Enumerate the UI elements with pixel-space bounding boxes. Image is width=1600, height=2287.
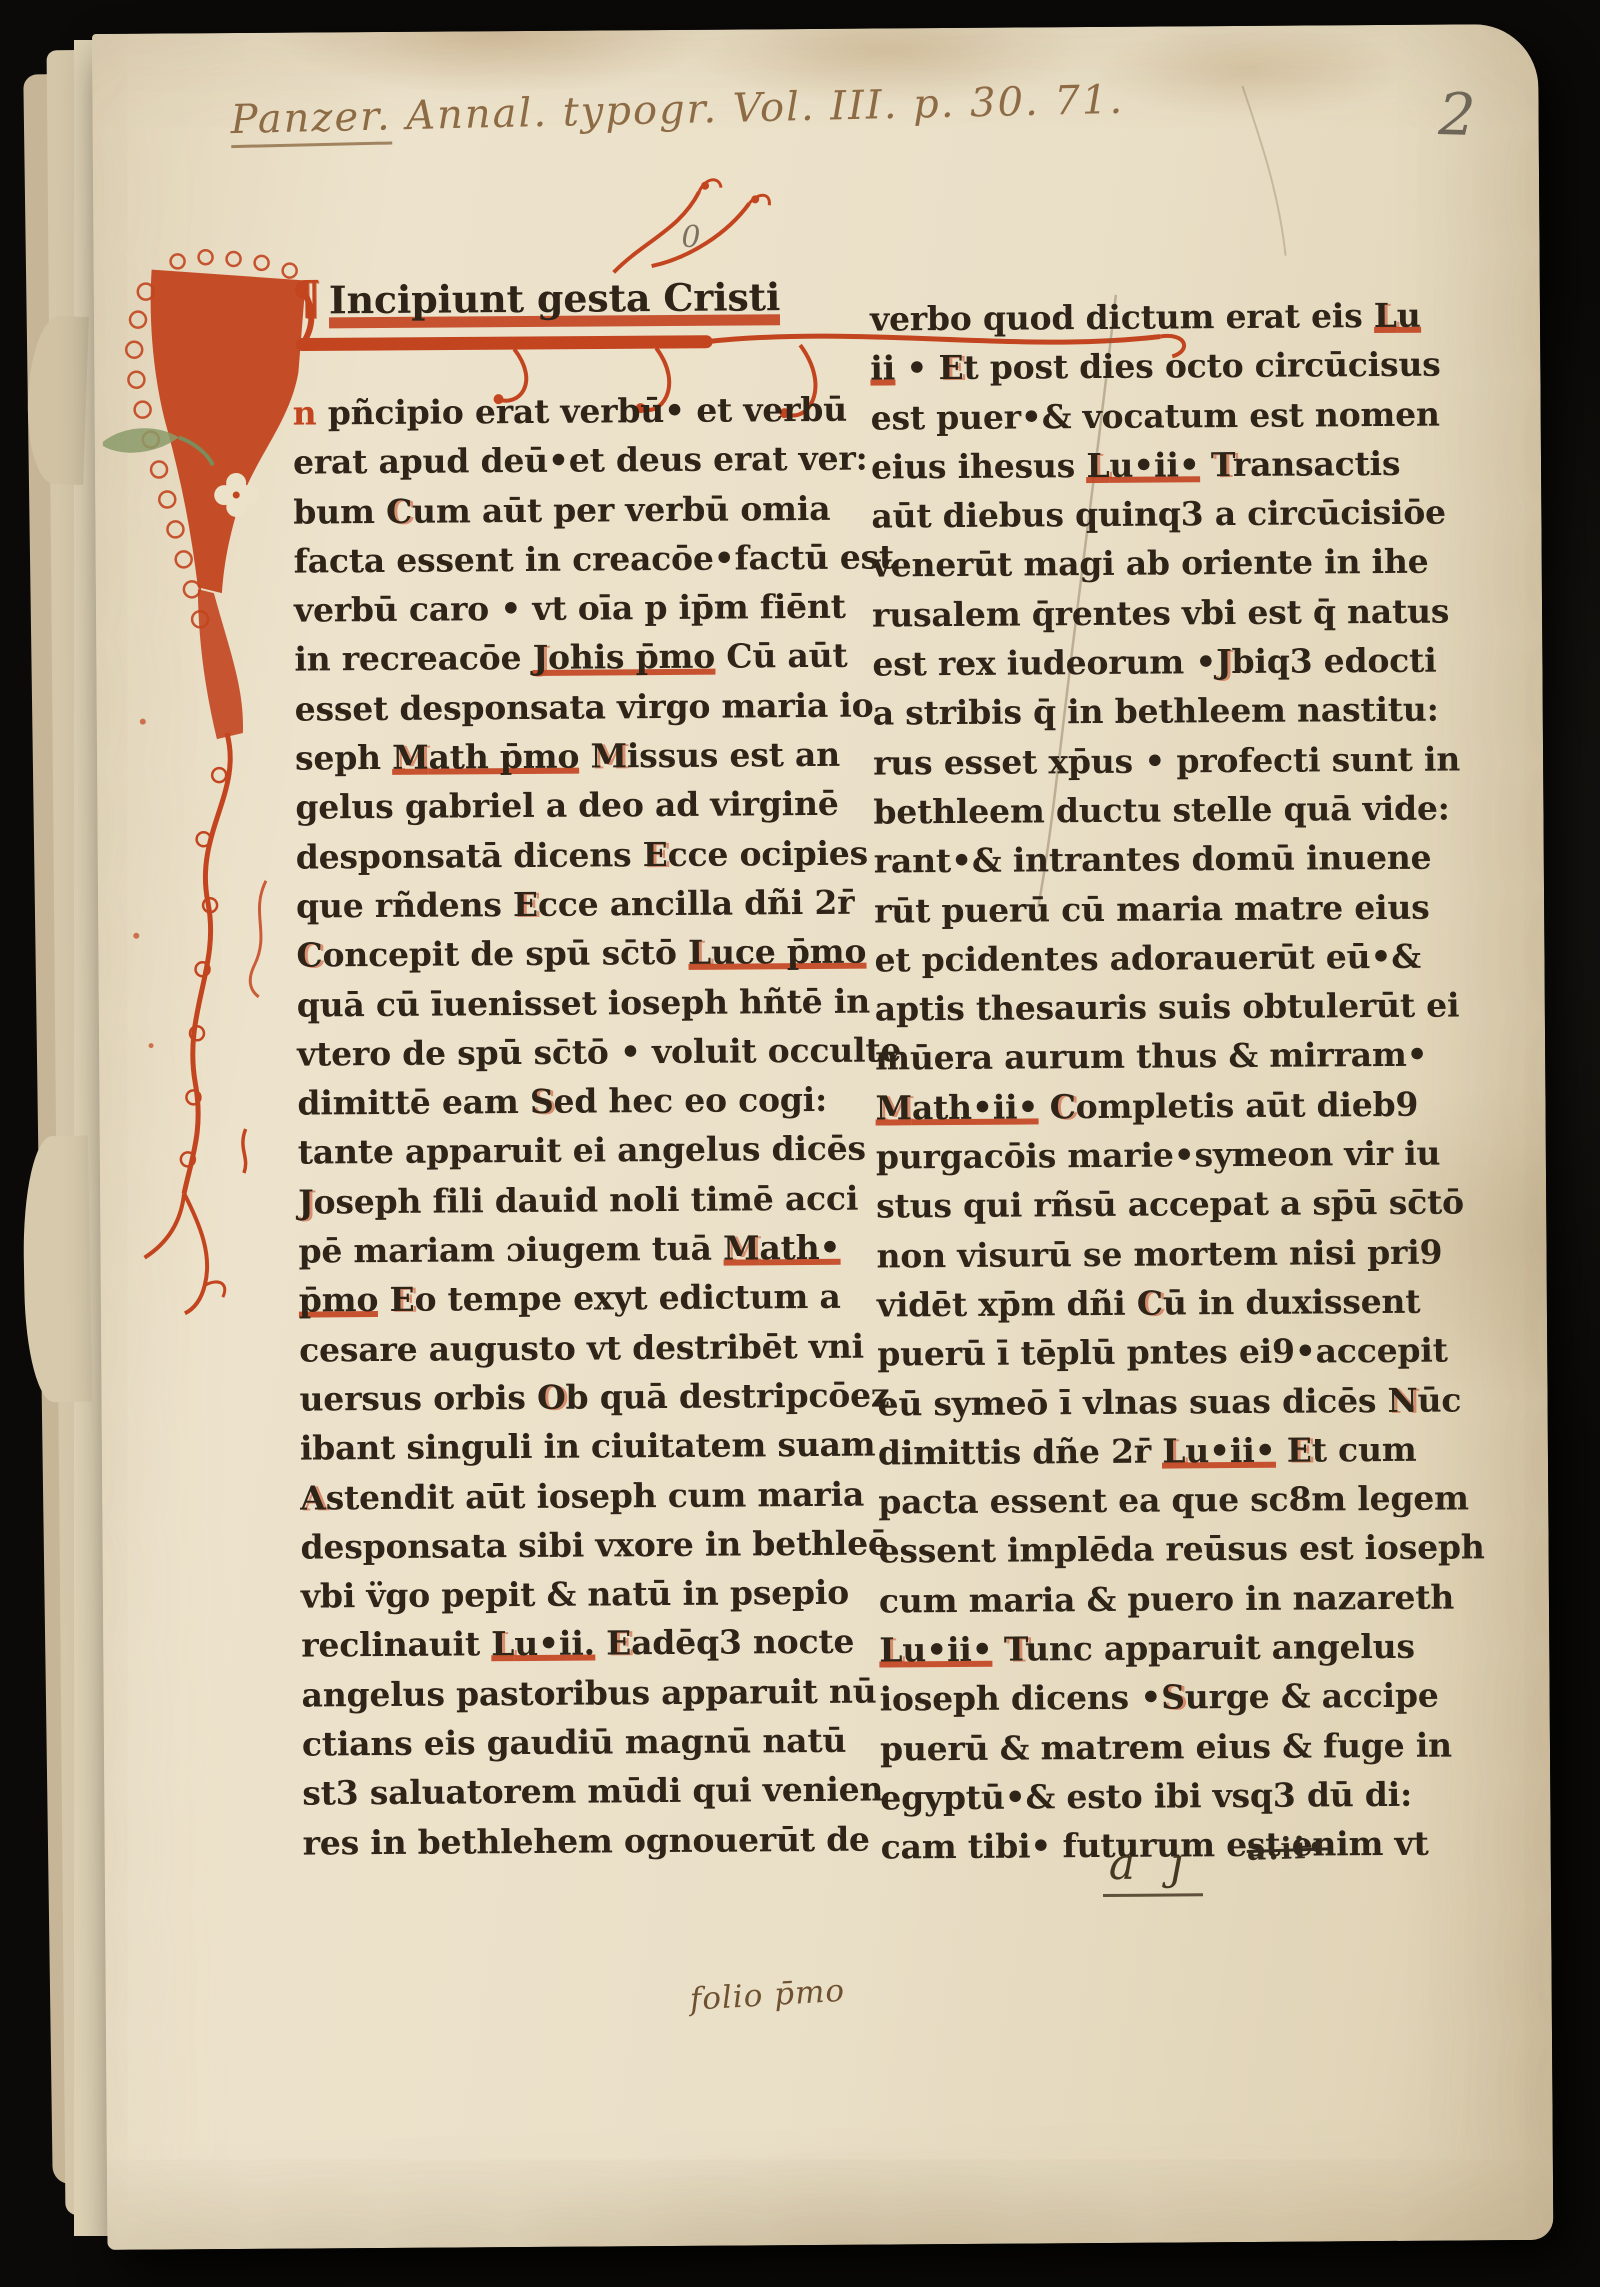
text-segment: ohis p̄mo — [548, 637, 715, 677]
text-segment: facta essent in creacōe•factū est — [294, 537, 895, 580]
text-line: ibant singuli in ciuitatem suam — [300, 1420, 852, 1473]
text-line: dimittis dñe 2r̄ Lu•ii• Et cum — [878, 1424, 1444, 1477]
stray-ink-mark: 0 — [681, 220, 700, 255]
text-line: rus esset xp̄us • profecti sunt in — [873, 734, 1439, 787]
text-segment: a stribis q̄ in bethleem nastitu: — [873, 690, 1439, 733]
text-segment: L — [688, 933, 711, 972]
text-line: pē mariam ɔiugem tuā Math• — [298, 1223, 850, 1276]
text-line: Concepit de spū sc̄tō Luce p̄mo — [296, 927, 848, 980]
text-segment: res in bethlehem ognouerūt de — [302, 1819, 869, 1862]
lombard-initial-wedge — [126, 250, 309, 740]
text-line: in recreacōe Johis p̄mo Cū aūt — [294, 631, 846, 684]
text-segment: aūt diebus quinq3 a circūcisiōe — [871, 493, 1446, 536]
text-line: Joseph fili dauid noli timē acci — [298, 1173, 850, 1226]
text-segment: N — [1387, 1380, 1417, 1419]
text-segment: ioseph dicens • — [880, 1678, 1162, 1719]
text-line: vbi v̈go pepit & natū in psepio — [301, 1568, 853, 1621]
text-segment: vidēt xp̄m dñi — [877, 1284, 1137, 1325]
text-line: cum maria & puero in nazareth — [879, 1572, 1445, 1625]
text-line: et pcidentes adorauerūt eū•& — [874, 931, 1440, 984]
text-segment: cesare augusto vt destribēt vni — [299, 1326, 864, 1369]
text-segment: stendit aūt ioseph cum maria — [325, 1474, 864, 1517]
text-segment: puerū & matrem eius & fuge in — [880, 1725, 1452, 1768]
text-line: bethleem ductu stelle quā vide: — [873, 784, 1439, 837]
text-segment: t cum — [1312, 1430, 1417, 1470]
text-segment: desponsatā dicens — [296, 835, 643, 876]
quire-signature-printed: a.ii• — [1246, 1830, 1329, 1868]
text-segment: uersus orbis — [299, 1378, 537, 1419]
text-segment: bethleem ductu stelle quā vide: — [873, 789, 1449, 832]
text-line: quā cū īuenisset ioseph hñtē in — [297, 976, 849, 1029]
text-line: eius ihesus Lu•ii• Transactis — [871, 439, 1437, 492]
photo-background: Panzer. Annal. typogr. Vol. III. p. 30. … — [0, 0, 1600, 2287]
text-segment: que rñdens — [296, 885, 513, 926]
text-segment: seph — [295, 738, 392, 778]
text-segment: O — [537, 1378, 566, 1417]
text-segment: verbo quod dictum erat eis — [870, 296, 1374, 339]
text-segment: st3 saluatorem mūdi qui venien — [302, 1770, 883, 1813]
text-segment: T — [1004, 1630, 1026, 1669]
annotation-author: Panzer. — [230, 93, 392, 148]
text-segment: egyptū•& esto ibi vsq3 dū di: — [880, 1775, 1412, 1818]
text-segment: rusalem q̄rentes vbi est q̄ natus — [872, 591, 1449, 634]
text-segment: L — [879, 1630, 902, 1669]
text-line: venerūt magi ab oriente in ihe — [872, 537, 1438, 590]
text-segment: ctians eis gaudiū magnū natū — [302, 1721, 847, 1764]
text-segment: L — [1374, 296, 1397, 335]
text-column-right: verbo quod dictum erat eis Luii • Et pos… — [870, 291, 1447, 1872]
text-segment: non visurū se mortem nisi pri9 — [876, 1232, 1442, 1275]
text-segment: M — [590, 736, 627, 775]
text-line: mūera aurum thus & mirram• — [875, 1030, 1441, 1083]
text-segment: erat apud deū•et deus erat ver: — [293, 439, 868, 482]
text-segment: eius ihesus — [871, 446, 1087, 487]
torn-edge-tab — [22, 1135, 93, 1402]
text-segment: quā cū īuenisset ioseph hñtē in — [297, 981, 870, 1024]
text-segment: E — [606, 1624, 631, 1663]
text-line: p̄mo Eo tempe exyt edictum a — [299, 1272, 851, 1325]
text-segment: vbi v̈go pepit & natū in psepio — [301, 1573, 849, 1616]
text-line: egyptū•& esto ibi vsq3 dū di: — [880, 1769, 1446, 1822]
text-segment: S — [530, 1082, 554, 1121]
text-segment: est puer•& vocatum est nomen — [871, 394, 1440, 437]
text-segment: gelus gabriel a deo ad virginē — [295, 784, 838, 827]
text-segment: cum maria & puero in nazareth — [879, 1577, 1454, 1620]
text-line: eū symeō ī vlnas suas dicēs Nūc — [877, 1375, 1443, 1428]
text-segment: C — [386, 491, 412, 530]
quire-signature-handwritten: a ȷ — [1103, 1838, 1203, 1897]
text-line: puerū ī tēplū pntes ei9•accepit — [877, 1326, 1443, 1379]
text-segment: Cū aūt — [715, 636, 848, 676]
text-segment — [1275, 1431, 1287, 1470]
text-segment — [1200, 445, 1212, 484]
text-line: rūt puerū cū maria matre eius — [874, 882, 1440, 935]
text-line: tante apparuit ei angelus dicēs — [298, 1124, 850, 1177]
text-segment: M — [392, 738, 429, 777]
text-line: ii • Et post dies octo circūcisus — [870, 340, 1436, 393]
text-segment — [595, 1624, 607, 1663]
text-column-left: ¶ Incipiunt gesta Cristi n pñcipio erat … — [292, 272, 855, 1868]
text-segment — [1038, 1087, 1050, 1126]
text-segment — [992, 1630, 1004, 1669]
text-segment: ompletis aūt dieb9 — [1076, 1085, 1419, 1126]
text-segment: uce p̄mo — [711, 932, 866, 972]
text-segment: vtero de spū sc̄tō • voluit occulte — [297, 1030, 901, 1073]
text-segment: stus qui rñsū accepat a sp̄ū sc̄tō — [876, 1183, 1464, 1226]
text-segment: reclinauit — [301, 1625, 491, 1665]
text-segment: aptis thesauris suis obtulerūt ei — [875, 986, 1460, 1029]
text-line: desponsata sibi vxore in bethleē — [300, 1519, 852, 1572]
text-line: facta essent in creacōe•factū est — [294, 533, 846, 586]
text-segment — [378, 1280, 390, 1319]
text-line: esset desponsata virgo maria io — [295, 681, 847, 734]
right-column-body: verbo quod dictum erat eis Luii • Et pos… — [870, 291, 1447, 1872]
text-line: stus qui rñsū accepat a sp̄ū sc̄tō — [876, 1178, 1442, 1231]
text-line: verbo quod dictum erat eis Lu — [870, 291, 1436, 344]
text-line: res in bethlehem ognouerūt de — [302, 1814, 854, 1867]
text-line: Astendit aūt ioseph cum maria — [300, 1469, 852, 1522]
text-segment: u•ii• — [902, 1630, 993, 1670]
text-segment: ransactis — [1233, 444, 1401, 484]
text-line: aūt diebus quinq3 a circūcisiōe — [871, 488, 1437, 541]
text-segment: eū symeō ī vlnas suas dicēs — [877, 1381, 1387, 1424]
text-segment: • — [895, 348, 939, 387]
text-segment: t post dies octo circūcisus — [963, 345, 1440, 387]
text-segment: C — [296, 936, 322, 975]
text-line: uersus orbis Ob quā destripcōez — [299, 1371, 851, 1424]
text-line: vidēt xp̄m dñi Cū in duxissent — [877, 1277, 1443, 1330]
text-line: est puer•& vocatum est nomen — [871, 389, 1437, 442]
text-segment: J — [532, 638, 548, 677]
text-segment: E — [938, 348, 963, 387]
text-segment: ed hec eo cogi: — [553, 1080, 827, 1121]
text-line: st3 saluatorem mūdi qui venien — [302, 1765, 854, 1818]
text-segment: ūc — [1417, 1380, 1461, 1419]
text-segment: b quā destripcōez — [565, 1375, 889, 1416]
text-segment: L — [1162, 1431, 1185, 1470]
text-line: aptis thesauris suis obtulerūt ei — [875, 981, 1441, 1034]
text-segment: E — [513, 885, 538, 924]
incipit-header-text: Incipiunt gesta Cristi — [329, 272, 781, 328]
text-segment: cce ancilla dñi 2r̄ — [538, 883, 855, 924]
text-segment: verbū caro • vt oīa p ip̄m fiēnt — [294, 587, 846, 630]
text-segment: C — [1137, 1283, 1163, 1322]
text-segment: C — [1050, 1087, 1076, 1126]
text-segment: esset desponsata virgo maria io — [295, 685, 874, 728]
text-segment: pñcipio erat verbū• et verbū — [328, 390, 848, 433]
text-segment: rūt puerū cū maria matre eius — [874, 887, 1430, 930]
text-segment: pacta essent ea que sc8m legem — [878, 1479, 1469, 1522]
text-segment: u•ii. — [514, 1624, 595, 1664]
text-segment: o tempe exyt edictum a — [414, 1277, 840, 1319]
text-line: rusalem q̄rentes vbi est q̄ natus — [872, 586, 1438, 639]
text-segment: ū in duxissent — [1163, 1282, 1421, 1323]
text-line: Lu•ii• Tunc apparuit angelus — [879, 1622, 1445, 1675]
text-line: Math•ii• Completis aūt dieb9 — [875, 1079, 1441, 1132]
text-segment: unc apparuit angelus — [1025, 1627, 1415, 1669]
text-segment: A — [300, 1478, 326, 1517]
text-segment: u — [1397, 296, 1421, 335]
text-line: cesare augusto vt destribēt vni — [299, 1321, 851, 1374]
book-page: Panzer. Annal. typogr. Vol. III. p. 30. … — [92, 24, 1553, 2250]
penwork-vine — [132, 718, 269, 1314]
text-segment: M — [723, 1228, 760, 1267]
text-segment — [579, 737, 591, 776]
text-line: puerū & matrem eius & fuge in — [880, 1720, 1446, 1773]
text-line: essent implēda reūsus est ioseph — [878, 1523, 1444, 1576]
text-segment: M — [875, 1088, 912, 1127]
text-segment: T — [1211, 445, 1233, 484]
text-line: ctians eis gaudiū magnū natū — [302, 1716, 854, 1769]
text-segment: cce ocipies — [668, 833, 869, 873]
text-segment: oncepit de spū sc̄tō — [322, 933, 688, 975]
text-segment: E — [1287, 1430, 1312, 1469]
text-segment: venerūt magi ab oriente in ihe — [872, 542, 1429, 585]
text-segment: u•ii• — [1185, 1431, 1276, 1471]
page-number-pencil: 2 — [1438, 80, 1477, 149]
paragraph-mark-icon: ¶ — [292, 273, 321, 322]
text-segment: urge & accipe — [1185, 1676, 1439, 1717]
text-segment: essent implēda reūsus est ioseph — [878, 1528, 1484, 1571]
text-segment: J — [298, 1182, 314, 1221]
text-line: reclinauit Lu•ii. Eadēq3 nocte — [301, 1617, 853, 1670]
text-segment: tante apparuit ei angelus dicēs — [298, 1129, 866, 1172]
text-segment: rant•& intrantes domū inuene — [874, 838, 1432, 881]
text-line: purgacōis marie•symeon vir iu — [876, 1129, 1442, 1182]
left-column-body: n pñcipio erat verbū• et verbūerat apud … — [292, 385, 854, 1868]
text-line: ioseph dicens •Surge & accipe — [879, 1671, 1445, 1724]
text-segment: ath•ii• — [912, 1087, 1039, 1127]
text-segment: purgacōis marie•symeon vir iu — [876, 1134, 1441, 1177]
text-segment: puerū ī tēplū pntes ei9•accepit — [877, 1331, 1448, 1374]
text-line: rant•& intrantes domū inuene — [874, 833, 1440, 886]
text-segment: bum — [293, 492, 386, 532]
text-line: angelus pastoribus apparuit nū — [301, 1666, 853, 1719]
text-segment: biq3 edocti — [1231, 641, 1436, 681]
text-line: a stribis q̄ in bethleem nastitu: — [873, 685, 1439, 738]
text-segment: et pcidentes adorauerūt eū•& — [874, 937, 1421, 980]
text-segment: J — [1216, 642, 1232, 681]
text-line: non visurū se mortem nisi pri9 — [876, 1227, 1442, 1280]
text-line: gelus gabriel a deo ad virginē — [295, 779, 847, 832]
text-segment: est rex iudeorum • — [872, 642, 1216, 683]
text-segment: n — [293, 393, 328, 432]
text-line: verbū caro • vt oīa p ip̄m fiēnt — [294, 582, 846, 635]
text-segment: mūera aurum thus & mirram• — [875, 1035, 1428, 1078]
text-segment: issus est an — [627, 735, 840, 775]
text-line: erat apud deū•et deus erat ver: — [293, 434, 845, 487]
text-segment: dimittē eam — [297, 1082, 530, 1123]
text-segment: ath p̄mo — [428, 737, 579, 777]
text-line: est rex iudeorum •Jbiq3 edocti — [872, 636, 1438, 689]
text-segment: L — [1086, 446, 1109, 485]
text-segment: L — [491, 1625, 514, 1664]
text-line: desponsatā dicens Ecce ocipies — [296, 828, 848, 881]
text-segment: angelus pastoribus apparuit nū — [301, 1671, 876, 1714]
text-segment: rus esset xp̄us • profecti sunt in — [873, 739, 1460, 782]
text-line: pacta essent ea que sc8m legem — [878, 1474, 1444, 1527]
incipit-header: ¶ Incipiunt gesta Cristi — [292, 272, 844, 340]
text-line: seph Math p̄mo Missus est an — [295, 730, 847, 783]
text-line: n pñcipio erat verbū• et verbū — [292, 385, 844, 438]
text-segment: pē mariam ɔiugem tuā — [298, 1229, 723, 1271]
text-segment: E — [389, 1280, 414, 1319]
text-segment: S — [1161, 1678, 1185, 1717]
text-line: dimittē eam Sed hec eo cogi: — [297, 1075, 849, 1128]
text-segment: p̄mo — [299, 1280, 379, 1320]
text-line: vtero de spū sc̄tō • voluit occulte — [297, 1026, 849, 1079]
text-segment: ath• — [759, 1228, 840, 1268]
text-segment: in recreacōe — [294, 638, 533, 679]
text-line: que rñdens Ecce ancilla dñi 2r̄ — [296, 878, 848, 931]
text-segment: desponsata sibi vxore in bethleē — [300, 1523, 888, 1566]
text-segment: dimittis dñe 2r̄ — [878, 1431, 1163, 1472]
text-segment: u•ii• — [1109, 445, 1200, 485]
text-segment: adēq3 nocte — [631, 1622, 854, 1663]
text-line: bum Cum aūt per verbū omia — [293, 483, 845, 536]
text-segment: oseph fili dauid noli timē acci — [313, 1178, 858, 1221]
text-segment: ii — [870, 349, 895, 388]
text-segment: um aūt per verbū omia — [412, 488, 830, 530]
text-segment: E — [643, 835, 668, 874]
text-segment: ibant singuli in ciuitatem suam — [300, 1425, 876, 1468]
